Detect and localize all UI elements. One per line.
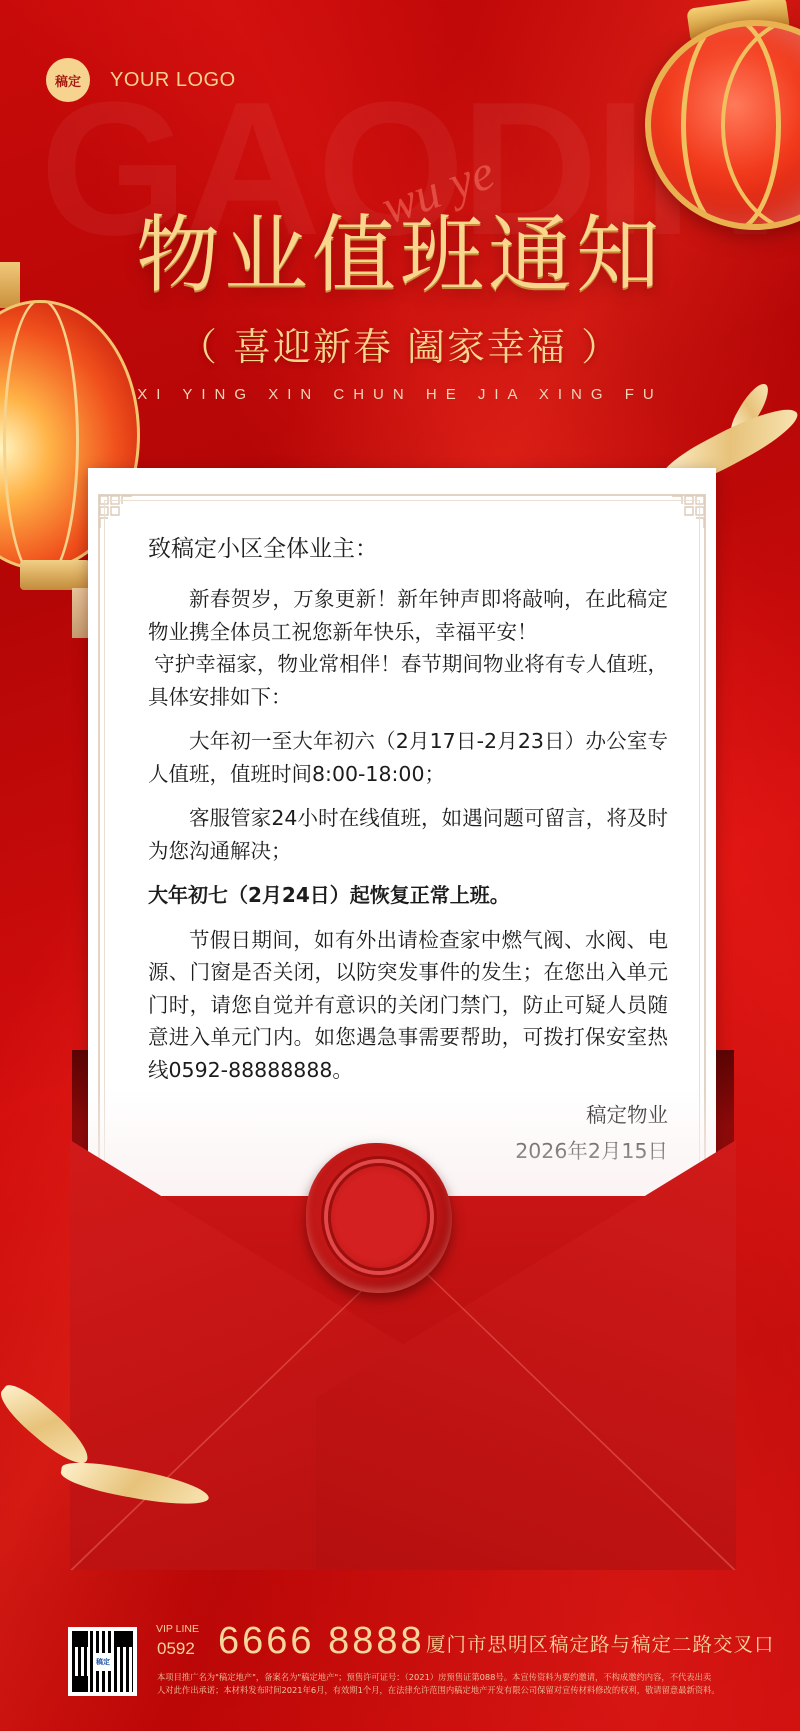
pinyin-subtitle: XI YING XIN CHUN HE JIA XING FU (0, 386, 800, 403)
brand-logo: 稿定 YOUR LOGO (46, 58, 236, 102)
wax-seal-icon (306, 1143, 452, 1293)
area-code: 0592 (157, 1639, 195, 1659)
letter-paragraph: 守护幸福家，物业常相伴！春节期间物业将有专人值班，具体安排如下： (148, 648, 668, 713)
logo-badge: 稿定 (46, 58, 90, 102)
qr-code-icon: 稿定 (72, 1631, 133, 1692)
page-subtitle: （ 喜迎新春 阖家幸福 ） (0, 316, 800, 371)
logo-text: YOUR LOGO (110, 69, 236, 92)
vip-phone-number[interactable]: 6666 8888 (218, 1620, 425, 1663)
letter-salutation: 致稿定小区全体业主： (148, 530, 668, 563)
letter-paragraph: 节假日期间，如有外出请检查家中燃气阀、水阀、电源、门窗是否关闭，以防突发事件的发… (148, 924, 668, 1087)
notice-letter: 致稿定小区全体业主： 新春贺岁，万象更新！新年钟声即将敲响，在此稿定物业携全体员… (88, 468, 716, 1208)
disclaimer-line: 人对此作出承诺；本材料发布时间2021年6月，有效期1个月，在法律允许范围内稿定… (157, 1684, 757, 1697)
lantern-left-base-icon (20, 560, 90, 590)
qr-code[interactable]: 稿定 (68, 1627, 137, 1696)
page-title: 物业值班通知 (0, 188, 800, 309)
letter-paragraph: 大年初一至大年初六（2月17日-2月23日）办公室专人值班，值班时间8:00-1… (148, 725, 668, 790)
letter-paragraph: 客服管家24小时在线值班，如遇问题可留言，将及时为您沟通解决； (148, 802, 668, 867)
address: 厦门市思明区稿定路与稿定二路交叉口 (426, 1629, 775, 1657)
letter-highlight: 大年初七（2月24日）起恢复正常上班。 (148, 879, 668, 912)
footer: 稿定 VIP LINE 0592 6666 8888 厦门市思明区稿定路与稿定二… (0, 1615, 800, 1715)
vip-line-label: VIP LINE (156, 1623, 199, 1635)
disclaimer-line: 本项目推广名为"稿定地产"，备案名为"稿定地产"；预售许可证号：（2021）房预… (157, 1671, 757, 1684)
wax-seal-inner (328, 1163, 430, 1271)
corner-ornament-icon (672, 494, 706, 528)
qr-center-logo: 稿定 (94, 1653, 112, 1671)
corner-ornament-icon (98, 494, 132, 528)
disclaimer: 本项目推广名为"稿定地产"，备案名为"稿定地产"；预售许可证号：（2021）房预… (157, 1671, 757, 1697)
letter-body: 致稿定小区全体业主： 新春贺岁，万象更新！新年钟声即将敲响，在此稿定物业携全体员… (148, 530, 668, 1168)
letter-paragraph: 新春贺岁，万象更新！新年钟声即将敲响，在此稿定物业携全体员工祝您新年快乐，幸福平… (148, 583, 668, 648)
